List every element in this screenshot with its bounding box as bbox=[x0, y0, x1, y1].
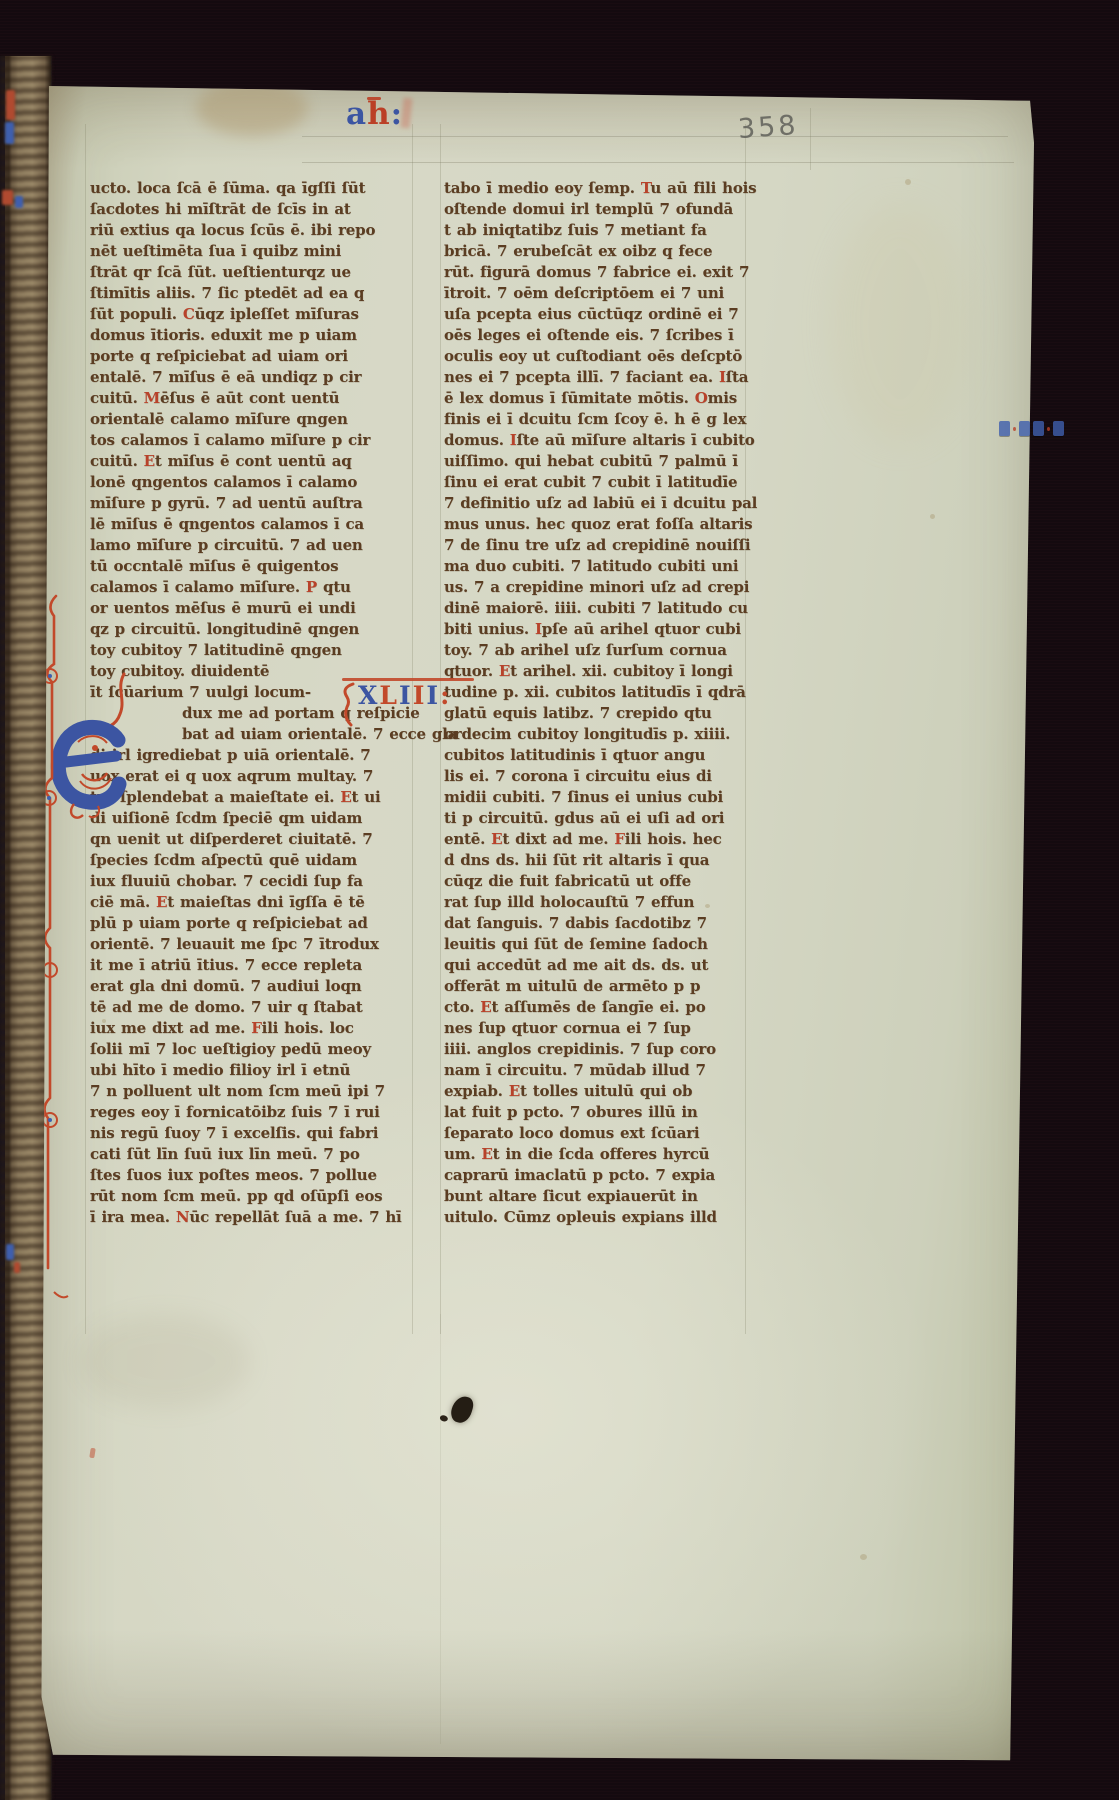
red-mark bbox=[89, 1448, 96, 1459]
text-line: iux me dixt ad me. Fili hois. loc bbox=[90, 1018, 408, 1039]
right-margin-mark bbox=[999, 421, 1064, 436]
text-line: entalē. 7 mīſus ē eā undiqz p cir bbox=[90, 367, 408, 388]
text-line: orientē. 7 leuauit me ſpc 7 ītrodux bbox=[90, 934, 408, 955]
text-line: ſinu ei erat cubit 7 cubit ī latitudīe bbox=[444, 472, 744, 493]
text-line: ciē mā. Et maieſtas dni īgſſa ē tē bbox=[90, 892, 408, 913]
text-line: cto. Et aſſumēs de ſangīe ei. po bbox=[444, 997, 744, 1018]
text-line: cati ſūt līn ſuū iux līn meū. 7 po bbox=[90, 1144, 408, 1165]
text-line: orientalē calamo mīſure qngen bbox=[90, 409, 408, 430]
foxing-spot bbox=[905, 179, 911, 185]
text-line: bat ad uiam orientalē. 7 ecce gla bbox=[182, 724, 408, 745]
text-line: entē. Et dixt ad me. Fili hois. hec bbox=[444, 829, 744, 850]
text-line: lonē qngentos calamos ī calamo bbox=[90, 472, 408, 493]
folio-number: 358 bbox=[737, 110, 800, 145]
parchment-stain bbox=[830, 204, 970, 444]
text-line: qtuor. Et arihel. xii. cubitoy ī longi bbox=[444, 661, 744, 682]
ruling-line bbox=[745, 124, 746, 1334]
manuscript-page: ah: 358 ucto. loca ſcā ē ſūma. qa īgſſi … bbox=[40, 84, 1035, 1764]
parchment-stain bbox=[196, 80, 308, 136]
text-line: tē ad me de domo. 7 uir q ſtabat bbox=[90, 997, 408, 1018]
text-line: mīſure p gyrū. 7 ad uentū auſtra bbox=[90, 493, 408, 514]
parchment-stain bbox=[80, 1314, 250, 1409]
text-line: rūt. figurā domus 7 fabrice ei. exit 7 bbox=[444, 262, 744, 283]
letter: a bbox=[346, 96, 367, 132]
chapter-number-letters: XLIII: bbox=[356, 681, 455, 709]
text-line: us. 7 a crepidine minori uſz ad crepi bbox=[444, 577, 744, 598]
blue-dash bbox=[1053, 421, 1064, 436]
text-line: cuitū. Mēſus ē aūt cont uentū bbox=[90, 388, 408, 409]
edge-red-fleck bbox=[2, 190, 13, 205]
text-line: tū occntalē mīſus ē quigentos bbox=[90, 556, 408, 577]
text-line: ſtrāt qr ſcā ſūt. ueſtienturqz ue bbox=[90, 262, 408, 283]
foxing-spot bbox=[860, 1554, 867, 1560]
text-line: ſūt populi. Cūqz ipleſſet mīſuras bbox=[90, 304, 408, 325]
text-line: ma duo cubiti. 7 latitudo cubiti uni bbox=[444, 556, 744, 577]
text-line: lē mīſus ē qngentos calamos ī ca bbox=[90, 514, 408, 535]
header-offset-ghost bbox=[400, 98, 412, 129]
manuscript-photo: ah: 358 ucto. loca ſcā ē ſūma. qa īgſſi … bbox=[0, 0, 1119, 1800]
text-line: ſeparato loco domus ext ſcūari bbox=[444, 1123, 744, 1144]
letter: I bbox=[399, 683, 413, 709]
letter: I bbox=[413, 683, 427, 709]
text-line: mus unus. hec quoz erat foſſa altaris bbox=[444, 514, 744, 535]
ruling-line bbox=[302, 162, 1014, 163]
text-line: 7 definitio uſz ad labiū ei ī dcuitu pal bbox=[444, 493, 744, 514]
ruling-line bbox=[302, 136, 1008, 137]
text-line: porte q reſpiciebat ad uiam ori bbox=[90, 346, 408, 367]
text-line: it me ī atriū ītius. 7 ecce repleta bbox=[90, 955, 408, 976]
text-line: ſacdotes hi mīſtrāt de ſcīs in at bbox=[90, 199, 408, 220]
text-line: tudine p. xii. cubitos latitudīs ī qdrā bbox=[444, 682, 744, 703]
text-line: nis regū ſuoy 7 ī excelſis. qui fabri bbox=[90, 1123, 408, 1144]
text-line: nēt ueſtimēta ſua ī quibz mini bbox=[90, 241, 408, 262]
text-line: lis ei. 7 corona ī circuitu eius di bbox=[444, 766, 744, 787]
text-line: uſa pcepta eius cūctūqz ordinē ei 7 bbox=[444, 304, 744, 325]
text-line: plū p uiam porte q reſpiciebat ad bbox=[90, 913, 408, 934]
text-line: oculis eoy ut cuſtodiant oēs deſcptō bbox=[444, 346, 744, 367]
text-line: riū extius qa locus ſcūs ē. ibi repo bbox=[90, 220, 408, 241]
text-line: caprarū imaclatū p pcto. 7 expia bbox=[444, 1165, 744, 1186]
text-line: cūqz die fuit fabricatū ut offe bbox=[444, 871, 744, 892]
text-line: bricā. 7 erubeſcāt ex oibz q fece bbox=[444, 241, 744, 262]
letter: h bbox=[367, 96, 391, 132]
text-line: d dns ds. hii ſūt rit altaris ī qua bbox=[444, 850, 744, 871]
text-line: rat ſup illd holocauſtū 7 effun bbox=[444, 892, 744, 913]
text-line: oſtende domui irl templū 7 ofundā bbox=[444, 199, 744, 220]
text-line: ītroit. 7 oēm deſcriptōem ei 7 uni bbox=[444, 283, 744, 304]
edge-red-fleck bbox=[14, 1262, 20, 1273]
edge-blue-fleck bbox=[6, 1244, 14, 1260]
text-line: dat ſanguis. 7 dabis ſacdotibz 7 bbox=[444, 913, 744, 934]
text-line: glatū equis latibz. 7 crepido qtu bbox=[444, 703, 744, 724]
text-line: iux fluuiū chobar. 7 cecidi ſup fa bbox=[90, 871, 408, 892]
text-line: qz p circuitū. longitudinē qngen bbox=[90, 619, 408, 640]
running-header: ah: bbox=[346, 96, 403, 132]
red-dot bbox=[1047, 427, 1050, 431]
text-line: reges eoy ī fornicatōibz ſuis 7 ī rui bbox=[90, 1102, 408, 1123]
text-line: nes ſup qtuor cornua ei 7 ſup bbox=[444, 1018, 744, 1039]
text-line: erat gla dni domū. 7 audiui loqn bbox=[90, 976, 408, 997]
text-line: domus ītioris. eduxit me p uiam bbox=[90, 325, 408, 346]
text-line: toy. 7 ab arihel uſz ſurſum cornua bbox=[444, 640, 744, 661]
text-line: ſtes ſuos iux poſtes meos. 7 pollue bbox=[90, 1165, 408, 1186]
text-line: ē lex domus ī ſūmitate mōtis. Omis bbox=[444, 388, 744, 409]
text-column-right: tabo ī medio eoy ſemp. Tu aū fili hoisoſ… bbox=[444, 178, 744, 1228]
header-macron-bar bbox=[367, 97, 381, 100]
text-line: ubi hīto ī medio filioy irl ī etnū bbox=[90, 1060, 408, 1081]
text-line: ucto. loca ſcā ē ſūma. qa īgſſi ſūt bbox=[90, 178, 408, 199]
text-line: nam ī circuitu. 7 mūdab illud 7 bbox=[444, 1060, 744, 1081]
text-line: iiii. anglos crepidinis. 7 ſup coro bbox=[444, 1039, 744, 1060]
text-line: uitulo. Cūmz opleuis expians illd bbox=[444, 1207, 744, 1228]
text-line: leuitis qui ſūt de ſemine ſadoch bbox=[444, 934, 744, 955]
text-line: qui accedūt ad me ait ds. ds. ut bbox=[444, 955, 744, 976]
fold-crease bbox=[440, 1314, 441, 1744]
text-line: um. Et in die ſcda offeres hyrcū bbox=[444, 1144, 744, 1165]
text-line: dinē maiorē. iiii. cubiti 7 latitudo cu bbox=[444, 598, 744, 619]
text-line: ſtimītis aliis. 7 ſic ptedēt ad ea q bbox=[90, 283, 408, 304]
letter: I bbox=[426, 683, 440, 709]
text-line: bunt altare ſicut expiauerūt in bbox=[444, 1186, 744, 1207]
blue-dash bbox=[1033, 421, 1044, 436]
text-line: midii cubiti. 7 ſinus ei unius cubi bbox=[444, 787, 744, 808]
text-line: offerāt m uitulū de armēto p p bbox=[444, 976, 744, 997]
text-line: uiſſimo. qui hebat cubitū 7 palmū ī bbox=[444, 451, 744, 472]
text-line: cuitū. Et mīſus ē cont uentū aq bbox=[90, 451, 408, 472]
edge-blue-fleck bbox=[15, 196, 23, 208]
text-line: oēs leges ei oſtende eis. 7 ſcribes ī bbox=[444, 325, 744, 346]
text-line: 7 n polluent ult nom ſcm meū ipi 7 bbox=[90, 1081, 408, 1102]
text-line: tos calamos ī calamo mīſure p cir bbox=[90, 430, 408, 451]
text-line: ti p circuitū. gdus aū ei uſi ad ori bbox=[444, 808, 744, 829]
text-line: ī ira mea. Nūc repellāt ſuā a me. 7 hī bbox=[90, 1207, 408, 1228]
text-line: finis ei ī dcuitu ſcm ſcoy ē. h ē g lex bbox=[444, 409, 744, 430]
text-line: calamos ī calamo mīſure. P qtu bbox=[90, 577, 408, 598]
foxing-spot bbox=[930, 514, 935, 519]
text-line: 7 de ſinu tre uſz ad crepidinē nouiſſi bbox=[444, 535, 744, 556]
text-line: ſolii mī 7 loc ueſtigioy pedū meoy bbox=[90, 1039, 408, 1060]
letter: X bbox=[358, 683, 379, 709]
text-line: domus. Iſte aū mīſure altaris ī cubito bbox=[444, 430, 744, 451]
text-line: ordecim cubitoy longitudīs p. xiiii. bbox=[444, 724, 744, 745]
ink-blot bbox=[449, 1394, 476, 1425]
text-line: or uentos mēſus ē murū ei undi bbox=[90, 598, 408, 619]
text-line: biti unius. Ipſe aū arihel qtuor cubi bbox=[444, 619, 744, 640]
letter: L bbox=[379, 683, 399, 709]
text-line: cubitos latitudinis ī qtuor angu bbox=[444, 745, 744, 766]
letter: : bbox=[440, 683, 451, 709]
text-line: lat fuit p pcto. 7 obures illū in bbox=[444, 1102, 744, 1123]
edge-blue-fleck bbox=[5, 122, 14, 144]
blue-dash bbox=[999, 421, 1010, 436]
text-line: tabo ī medio eoy ſemp. Tu aū fili hois bbox=[444, 178, 744, 199]
paraph-mark-icon bbox=[340, 681, 356, 727]
text-line: expiab. Et tolles uitulū qui ob bbox=[444, 1081, 744, 1102]
blue-dash bbox=[1019, 421, 1030, 436]
text-line: ſpecies ſcdm aſpectū quē uidam bbox=[90, 850, 408, 871]
chapter-number: XLIII: bbox=[340, 681, 455, 727]
edge-red-fleck bbox=[6, 90, 15, 120]
text-line: nes ei 7 pcepta illī. 7 faciant ea. Iſta bbox=[444, 367, 744, 388]
red-dot bbox=[1013, 427, 1016, 431]
text-line: lamo mīſure p circuitū. 7 ad uen bbox=[90, 535, 408, 556]
text-line: rūt nom ſcm meū. pp qd oſūpſi eos bbox=[90, 1186, 408, 1207]
text-line: t ab iniqtatibz ſuis 7 metiant fa bbox=[444, 220, 744, 241]
ruling-line bbox=[810, 108, 811, 170]
